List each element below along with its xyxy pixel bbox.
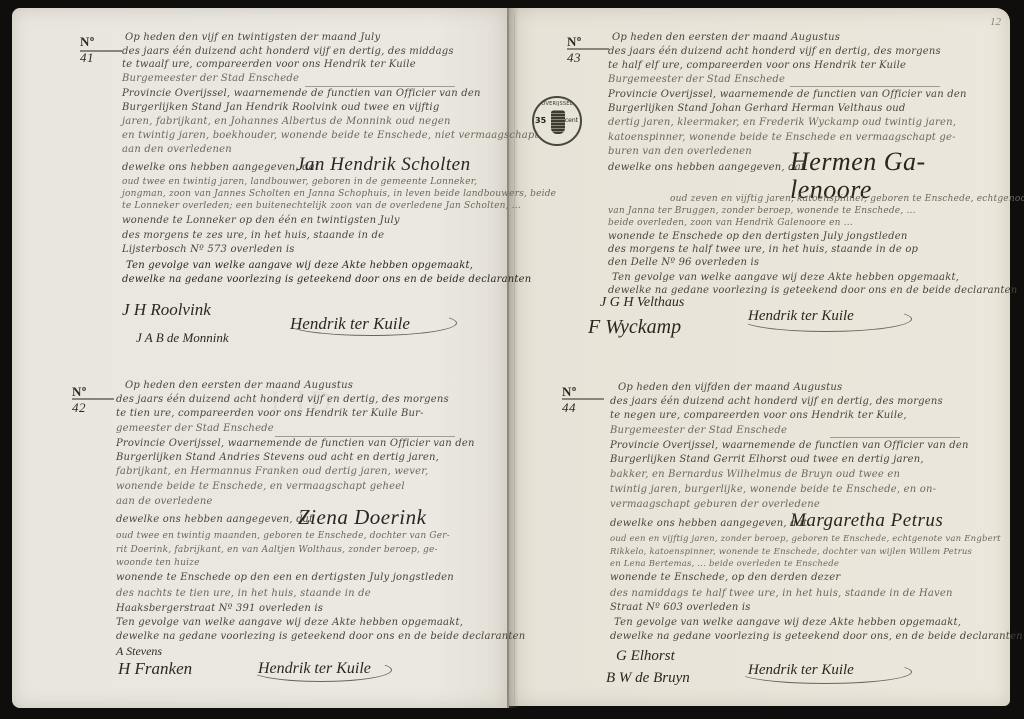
entry-line: Burgerlijken Stand Andries Stevens oud a… (116, 452, 439, 463)
entry-line: oud zeven en vijftig jaren, katoenspinne… (670, 194, 1024, 204)
entry-number-underline (80, 50, 122, 52)
entry-line: Op heden den eersten der maand Augustus (125, 380, 353, 391)
number-value: 43 (567, 50, 581, 65)
entry-line: Ten gevolge van welke aangave wij deze A… (612, 272, 959, 283)
entry-line: den Delle Nº 96 overleden is (608, 257, 759, 268)
entry-line: Burgemeester der Stad Enschede (122, 73, 299, 84)
entry-line: des jaars één duizend acht honderd vijf … (610, 396, 943, 407)
entry-number: Nº 42 (72, 384, 87, 416)
declared-label: dewelke ons hebben aangegeven, dat (116, 514, 313, 525)
signature: H Franken (118, 659, 192, 679)
entry-line: van Janna ter Bruggen, zonder beroep, wo… (608, 206, 916, 216)
number-value: 42 (72, 400, 86, 415)
entry-line: dertig jaren, kleermaker, en Frederik Wy… (608, 117, 956, 128)
signature: A Stevens (116, 644, 162, 659)
entry-line: te negen ure, compareerden voor ons Hend… (610, 410, 907, 421)
entry-line: aan den overledenen (122, 144, 232, 155)
deceased-name: Jan Hendrik Scholten (296, 154, 471, 176)
signature-flourish (740, 306, 912, 332)
entry-line: woonde ten huize (116, 558, 200, 568)
signature: G Elhorst (616, 648, 675, 665)
entry-number-underline (562, 398, 604, 400)
declared-label: dewelke ons hebben aangegeven, dat (122, 162, 319, 173)
entry-line: des jaars één duizend acht honderd vijf … (122, 46, 454, 57)
entry-line: katoenspinner, wonende beide te Enschede… (608, 132, 956, 143)
declared-label: dewelke ons hebben aangegeven, dat (608, 162, 805, 173)
entry-line: wonende te Enschede, op den derden dezer (610, 572, 840, 583)
entry-number: Nº 44 (562, 384, 577, 416)
entry-line: te Lonneker overleden; een buitenechteli… (122, 201, 521, 211)
entry-line: Ten gevolge van welke aangave wij deze A… (116, 617, 463, 628)
deceased-name: Margaretha Petrus (790, 510, 943, 532)
number-value: 41 (80, 50, 94, 65)
entry-number-underline (72, 398, 114, 400)
entry-line: fabrijkant, en Hermannus Franken oud der… (116, 466, 429, 477)
entry-line: Ten gevolge van welke aangave wij deze A… (126, 260, 473, 271)
entry-line: des nachts te tien ure, in het huis, sta… (116, 588, 371, 599)
entry-line: des morgens te zes ure, in het huis, sta… (122, 230, 384, 241)
entry-line: Provincie Overijssel, waarnemende de fun… (116, 438, 475, 449)
entry-line: buren van den overledenen (608, 146, 752, 157)
fill-rule (275, 436, 455, 437)
entry-line: Burgerlijken Stand Johan Gerhard Herman … (608, 103, 905, 114)
signature-flourish (738, 660, 912, 684)
stamp-province-text: OVERIJSSEL (534, 101, 580, 107)
scanned-register-spread: I ID 12 Nº 41 Op heden den vijf en twint… (0, 0, 1024, 719)
entry-line: dewelke na gedane voorlezing is geteeken… (116, 631, 525, 642)
entry-line: dewelke na gedane voorlezing is geteeken… (122, 274, 531, 285)
entry-line: Op heden den vijfden der maand Augustus (618, 382, 842, 393)
entry-line: Haaksbergerstraat Nº 391 overleden is (116, 603, 323, 614)
fill-rule (305, 86, 455, 87)
entry-number-underline (567, 48, 609, 50)
folio-mark: 12 (990, 16, 1001, 28)
entry-line: Op heden den eersten der maand Augustus (612, 32, 840, 43)
entry-line: Op heden den vijf en twintigsten der maa… (125, 32, 380, 43)
entry-line: Provincie Overijssel, waarnemende de fun… (610, 440, 969, 451)
entry-line: Provincie Overijssel, waarnemende de fun… (608, 89, 967, 100)
signature-flourish (285, 310, 457, 336)
entry-line: oud een en vijftig jaren, zonder beroep,… (610, 534, 1001, 544)
entry-line: bakker, en Bernardus Wilhelmus de Bruyn … (610, 469, 900, 480)
entry-line: Burgemeester der Stad Enschede (610, 425, 787, 436)
entry-line: des jaars één duizend acht honderd vijf … (608, 46, 941, 57)
entry-line: oud twee en twintig maanden, geboren te … (116, 531, 450, 541)
signature: J A B de Monnink (136, 330, 229, 346)
number-value: 44 (562, 400, 576, 415)
entry-line: en Lena Bertemas, ... beide overleden te… (610, 559, 839, 569)
entry-line: des jaars één duizend acht honderd vijf … (116, 394, 449, 405)
signature-flourish (250, 658, 392, 682)
coat-of-arms-icon (551, 110, 565, 134)
number-prefix: Nº (567, 34, 582, 49)
entry-line: des morgens te half twee ure, in het hui… (608, 244, 918, 255)
entry-line: Straat Nº 603 overleden is (610, 602, 751, 613)
entry-line: wonende te Enschede op den dertigsten Ju… (608, 231, 908, 242)
entry-line: rit Doerink, fabrijkant, en van Aaltjen … (116, 545, 438, 555)
entry-line: te half elf ure, compareerden voor ons H… (608, 60, 906, 71)
entry-line: jongman, zoon van Jannes Scholten en Jan… (122, 189, 556, 199)
revenue-stamp: OVERIJSSEL 35 cent (532, 96, 582, 146)
stamp-value: 35 (535, 116, 546, 125)
entry-line: wonende te Enschede op den een en dertig… (116, 572, 454, 583)
entry-line: oud twee en twintig jaren, landbouwer, g… (122, 177, 477, 187)
entry-line: te tien ure, compareerden voor ons Hendr… (116, 408, 424, 419)
signature: J G H Velthaus (600, 295, 684, 311)
number-prefix: Nº (562, 384, 577, 399)
entry-line: Lijsterbosch Nº 573 overleden is (122, 244, 295, 255)
entry-line: wonende te Lonneker op den één en twinti… (122, 215, 400, 226)
entry-line: gemeester der Stad Enschede (116, 423, 274, 434)
entry-line: twintig jaren, burgerlijke, wonende beid… (610, 484, 936, 495)
entry-line: Rikkelo, katoenspinner, wonende te Ensch… (610, 547, 972, 557)
entry-line: en twintig jaren, boekhouder, wonende be… (122, 130, 539, 141)
entry-line: wonende beide te Enschede, en vermaagsch… (116, 481, 405, 492)
entry-line: Burgemeester der Stad Enschede (608, 74, 785, 85)
signature: J H Roolvink (122, 300, 211, 320)
number-prefix: Nº (72, 384, 87, 399)
entry-line: des namiddags te half twee ure, in het h… (610, 588, 953, 599)
deceased-name: Ziena Doerink (298, 505, 426, 530)
entry-number: Nº 43 (567, 34, 582, 66)
entry-line: Burgerlijken Stand Jan Hendrik Roolvink … (122, 102, 439, 113)
entry-line: beide overleden, zoon van Hendrik Galeno… (608, 218, 853, 228)
entry-line: vermaagschapt geburen der overledene (610, 499, 820, 510)
signature: F Wyckamp (588, 316, 681, 339)
entry-line: Burgerlijken Stand Gerrit Elhorst oud tw… (610, 454, 924, 465)
margin-line (514, 14, 515, 704)
declared-label: dewelke ons hebben aangegeven, dat (610, 518, 807, 529)
fill-rule (830, 437, 960, 438)
entry-line: dewelke na gedane voorlezing is geteeken… (610, 631, 1023, 642)
entry-line: aan de overledene (116, 496, 213, 507)
entry-line: Provincie Overijssel, waarnemende de fun… (122, 88, 481, 99)
signature: B W de Bruyn (606, 670, 690, 687)
fill-rule (790, 86, 940, 87)
number-prefix: Nº (80, 34, 95, 49)
stamp-unit: cent (565, 117, 578, 124)
entry-line: jaren, fabrijkant, en Johannes Albertus … (122, 116, 451, 127)
entry-line: te twaalf ure, compareerden voor ons Hen… (122, 59, 416, 70)
entry-line: Ten gevolge van welke aangave wij deze A… (614, 617, 961, 628)
